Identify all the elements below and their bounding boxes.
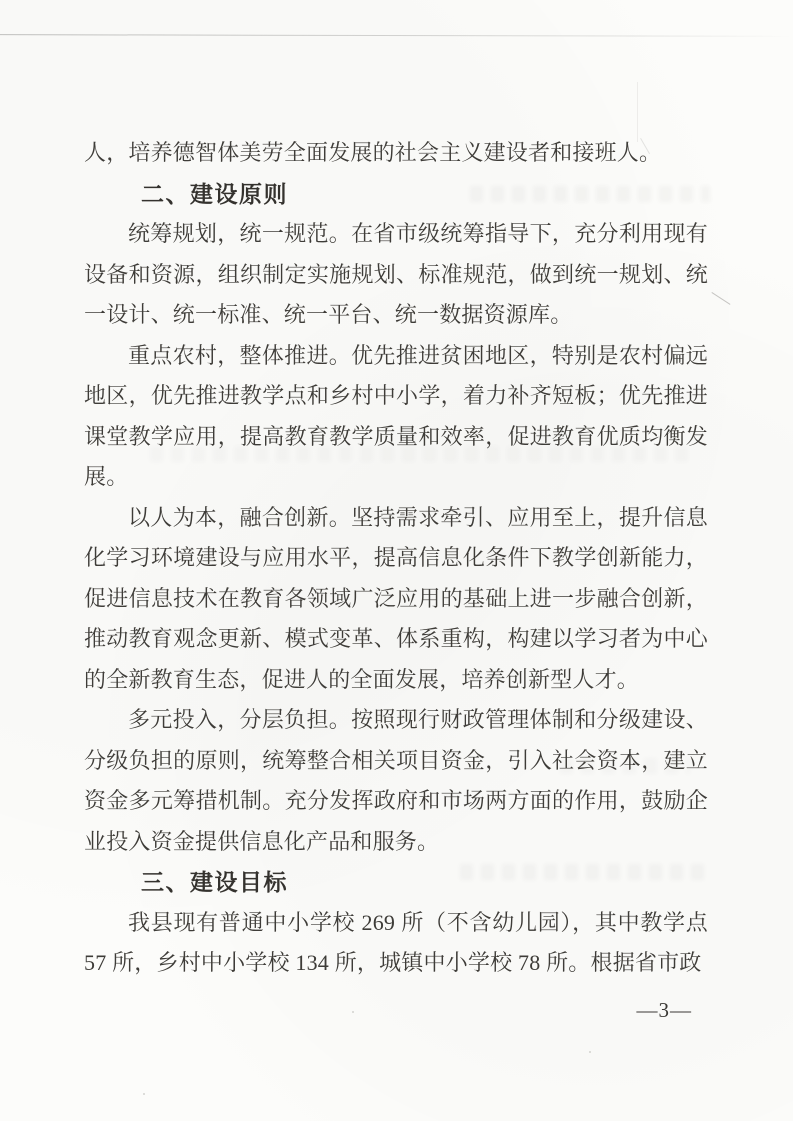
scanned-document-page: 人，培养德智体美劳全面发展的社会主义建设者和接班人。二、建设原则统筹规划，统一规… bbox=[0, 0, 793, 1121]
scan-artifact-speck bbox=[589, 1051, 591, 1053]
scan-artifact-speck bbox=[143, 1093, 145, 1095]
page-number: —3— bbox=[637, 998, 693, 1023]
scan-artifact-scratch bbox=[711, 292, 730, 305]
doc-paragraph: 多元投入，分层负担。按照现行财政管理体制和分级建设、分级负担的原则，统筹整合相关… bbox=[84, 700, 708, 862]
doc-paragraph: 重点农村，整体推进。优先推进贫困地区，特别是农村偏远地区，优先推进教学点和乡村中… bbox=[84, 336, 708, 498]
scan-artifact-speck bbox=[352, 1011, 354, 1013]
doc-paragraph: 我县现有普通中小学校 269 所（不含幼儿园），其中教学点 57 所，乡村中小学… bbox=[84, 903, 708, 984]
doc-paragraph: 统筹规划，统一规范。在省市级统筹指导下，充分利用现有设备和资源，组织制定实施规划… bbox=[84, 214, 708, 336]
doc-heading: 三、建设目标 bbox=[84, 862, 708, 903]
document-body: 人，培养德智体美劳全面发展的社会主义建设者和接班人。二、建设原则统筹规划，统一规… bbox=[84, 133, 708, 984]
doc-paragraph: 以人为本，融合创新。坚持需求牵引、应用至上，提升信息化学习环境建设与应用水平，提… bbox=[84, 498, 708, 701]
doc-continuation: 人，培养德智体美劳全面发展的社会主义建设者和接班人。 bbox=[84, 133, 708, 174]
scan-artifact-top-line bbox=[0, 34, 793, 37]
doc-heading: 二、建设原则 bbox=[84, 174, 708, 215]
